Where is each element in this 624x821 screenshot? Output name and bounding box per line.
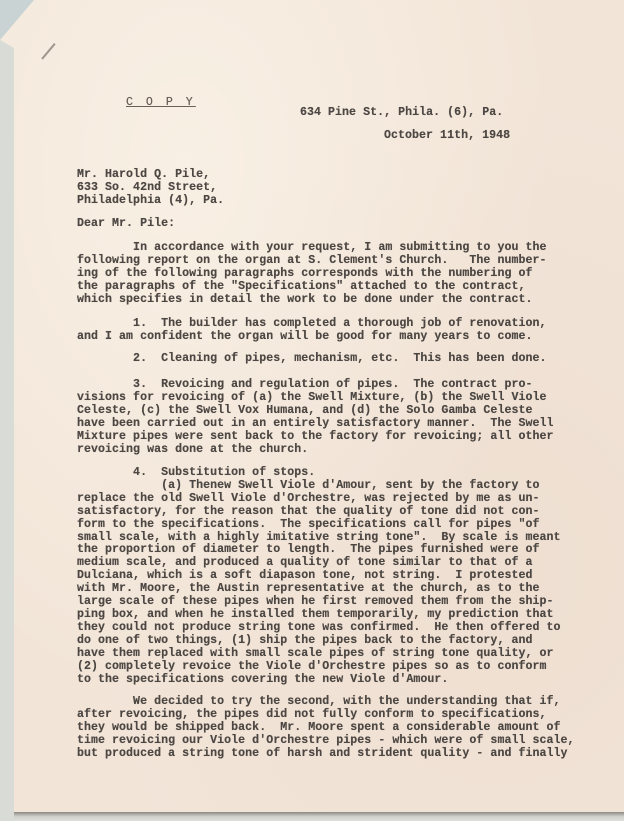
text-line: Celeste, (c) the Swell Vox Humana, and (… bbox=[77, 405, 554, 418]
recipient-line: Philadelphia (4), Pa. bbox=[77, 195, 224, 208]
text-line: We decided to try the second, with the u… bbox=[77, 696, 575, 709]
text-line: Mixture pipes were sent back to the fact… bbox=[77, 431, 554, 444]
text-line: they would be shipped back. Mr. Moore sp… bbox=[77, 722, 575, 735]
copy-label: C O P Y bbox=[126, 97, 196, 110]
text-line: 4. Substitution of stops. bbox=[77, 467, 561, 480]
text-line: visions for revoicing of (a) the Swell M… bbox=[77, 392, 554, 405]
recipient-line: Mr. Harold Q. Pile, bbox=[77, 169, 224, 182]
text-line: ing of the following paragraphs correspo… bbox=[77, 268, 547, 281]
letter-date: October 11th, 1948 bbox=[384, 130, 510, 143]
text-line: and I am confident the organ will be goo… bbox=[77, 331, 547, 344]
text-line: replace the old Swell Viole d'Orchestre,… bbox=[77, 493, 561, 506]
text-line: 1. The builder has completed a thorough … bbox=[77, 318, 547, 331]
sender-address: 634 Pine St., Phila. (6), Pa. bbox=[300, 107, 503, 120]
paragraph-3: 3. Revoicing and regulation of pipes. Th… bbox=[77, 379, 554, 456]
text-line: 3. Revoicing and regulation of pipes. Th… bbox=[77, 379, 554, 392]
text-line: 2. Cleaning of pipes, mechanism, etc. Th… bbox=[77, 353, 547, 366]
paragraph-1: 1. The builder has completed a thorough … bbox=[77, 318, 547, 344]
text-line: which specifies in detail the work to be… bbox=[77, 294, 547, 307]
page-bottom-edge bbox=[14, 812, 624, 821]
text-line: time revoicing our Viole d'Orchestre pip… bbox=[77, 735, 575, 748]
text-line: they could not produce string tone was c… bbox=[77, 622, 561, 635]
text-line: have been carried out in an entirely sat… bbox=[77, 418, 554, 431]
paragraph-intro: In accordance with your request, I am su… bbox=[77, 242, 547, 307]
text-line: to the specifications covering the new V… bbox=[77, 674, 561, 687]
text-line: do one of two things, (1) ship the pipes… bbox=[77, 635, 561, 648]
paragraph-2: 2. Cleaning of pipes, mechanism, etc. Th… bbox=[77, 353, 547, 366]
text-line: have them replaced with small scale pipe… bbox=[77, 648, 561, 661]
text-line: revoicing was done at the church. bbox=[77, 444, 554, 457]
text-line: satisfactory, for the reason that the qu… bbox=[77, 506, 561, 519]
text-line: (2) completely revoice the Viole d'Orche… bbox=[77, 661, 561, 674]
text-line: In accordance with your request, I am su… bbox=[77, 242, 547, 255]
text-line: the paragraphs of the "Specifications" a… bbox=[77, 281, 547, 294]
text-line: following report on the organ at S. Clem… bbox=[77, 255, 547, 268]
text-line: but produced a string tone of harsh and … bbox=[77, 748, 575, 761]
text-line: ping box, and when he installed them tem… bbox=[77, 609, 561, 622]
paragraph-4: 4. Substitution of stops. (a) Thenew Swe… bbox=[77, 467, 561, 686]
text-line: after revoicing, the pipes did not fully… bbox=[77, 709, 575, 722]
text-line: (a) Thenew Swell Viole d'Amour, sent by … bbox=[77, 480, 561, 493]
text-line: form to the specifications. The specific… bbox=[77, 519, 561, 532]
recipient-line: 633 So. 42nd Street, bbox=[77, 182, 224, 195]
recipient-address: Mr. Harold Q. Pile,633 So. 42nd Street,P… bbox=[77, 169, 224, 208]
salutation: Dear Mr. Pile: bbox=[77, 218, 175, 231]
paragraph-5: We decided to try the second, with the u… bbox=[77, 696, 575, 761]
